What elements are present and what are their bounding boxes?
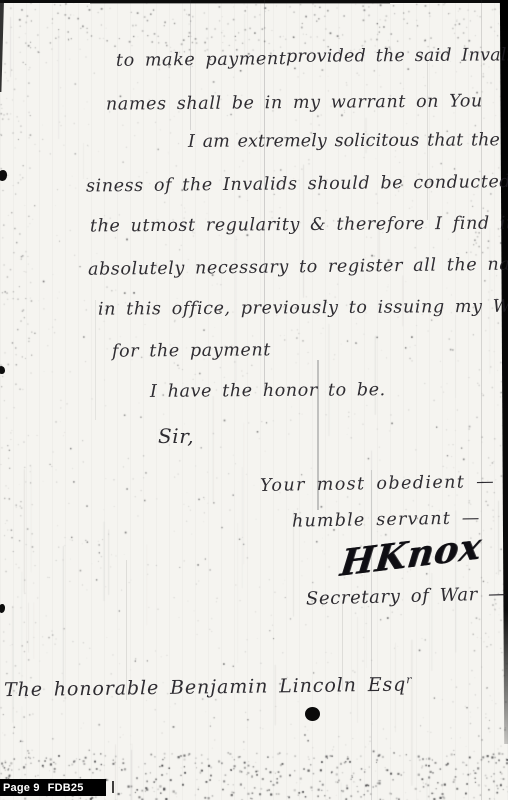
valediction-line: Your most obedient — <box>260 472 495 496</box>
letter-line: siness of the Invalids should be conduct… <box>86 172 508 197</box>
scan-streak-line <box>481 0 482 800</box>
archival-page-label: Page 9 FDB25 <box>0 779 106 796</box>
scan-streak-line <box>95 300 96 420</box>
scan-right-edge-artifact <box>499 0 508 744</box>
scan-left-edge-artifact <box>0 0 4 92</box>
signature-hknox: HKnox <box>338 525 484 585</box>
letter-line: provided the said Invalid's <box>286 45 508 67</box>
scan-top-edge-artifact <box>90 3 390 4</box>
ink-smudge <box>0 604 5 613</box>
signer-title: Secretary of War — <box>306 583 507 609</box>
letter-line: absolutely necessary to register all the… <box>88 254 508 280</box>
label-tick-mark <box>112 781 114 793</box>
letter-line: I am extremely solicitous that the bus- <box>188 130 508 152</box>
ink-blot <box>305 707 320 721</box>
ink-smudge <box>0 170 7 181</box>
letter-line: in this office, previously to issuing my… <box>98 296 508 319</box>
ink-smudge <box>0 366 5 374</box>
addressee-superscript: r <box>406 673 411 686</box>
letter-line: names shall be in my warrant on You <box>106 91 483 114</box>
archive-code-label: FDB25 <box>48 782 84 794</box>
letter-line: the utmost regularity & therefore I find… <box>90 214 508 237</box>
page-number-label: Page 9 <box>3 782 40 794</box>
letter-line: for the payment <box>112 340 271 361</box>
closing-honor-line: I have the honor to be. <box>150 380 386 402</box>
scanned-letter-page: to make payment provided the said Invali… <box>0 0 508 800</box>
addressee-line: The honorable Benjamin Lincoln Esqr <box>4 673 412 701</box>
letter-line: to make payment <box>116 49 287 71</box>
salutation: Sir, <box>158 424 194 448</box>
addressee-text: The honorable Benjamin Lincoln Esq <box>4 674 407 702</box>
